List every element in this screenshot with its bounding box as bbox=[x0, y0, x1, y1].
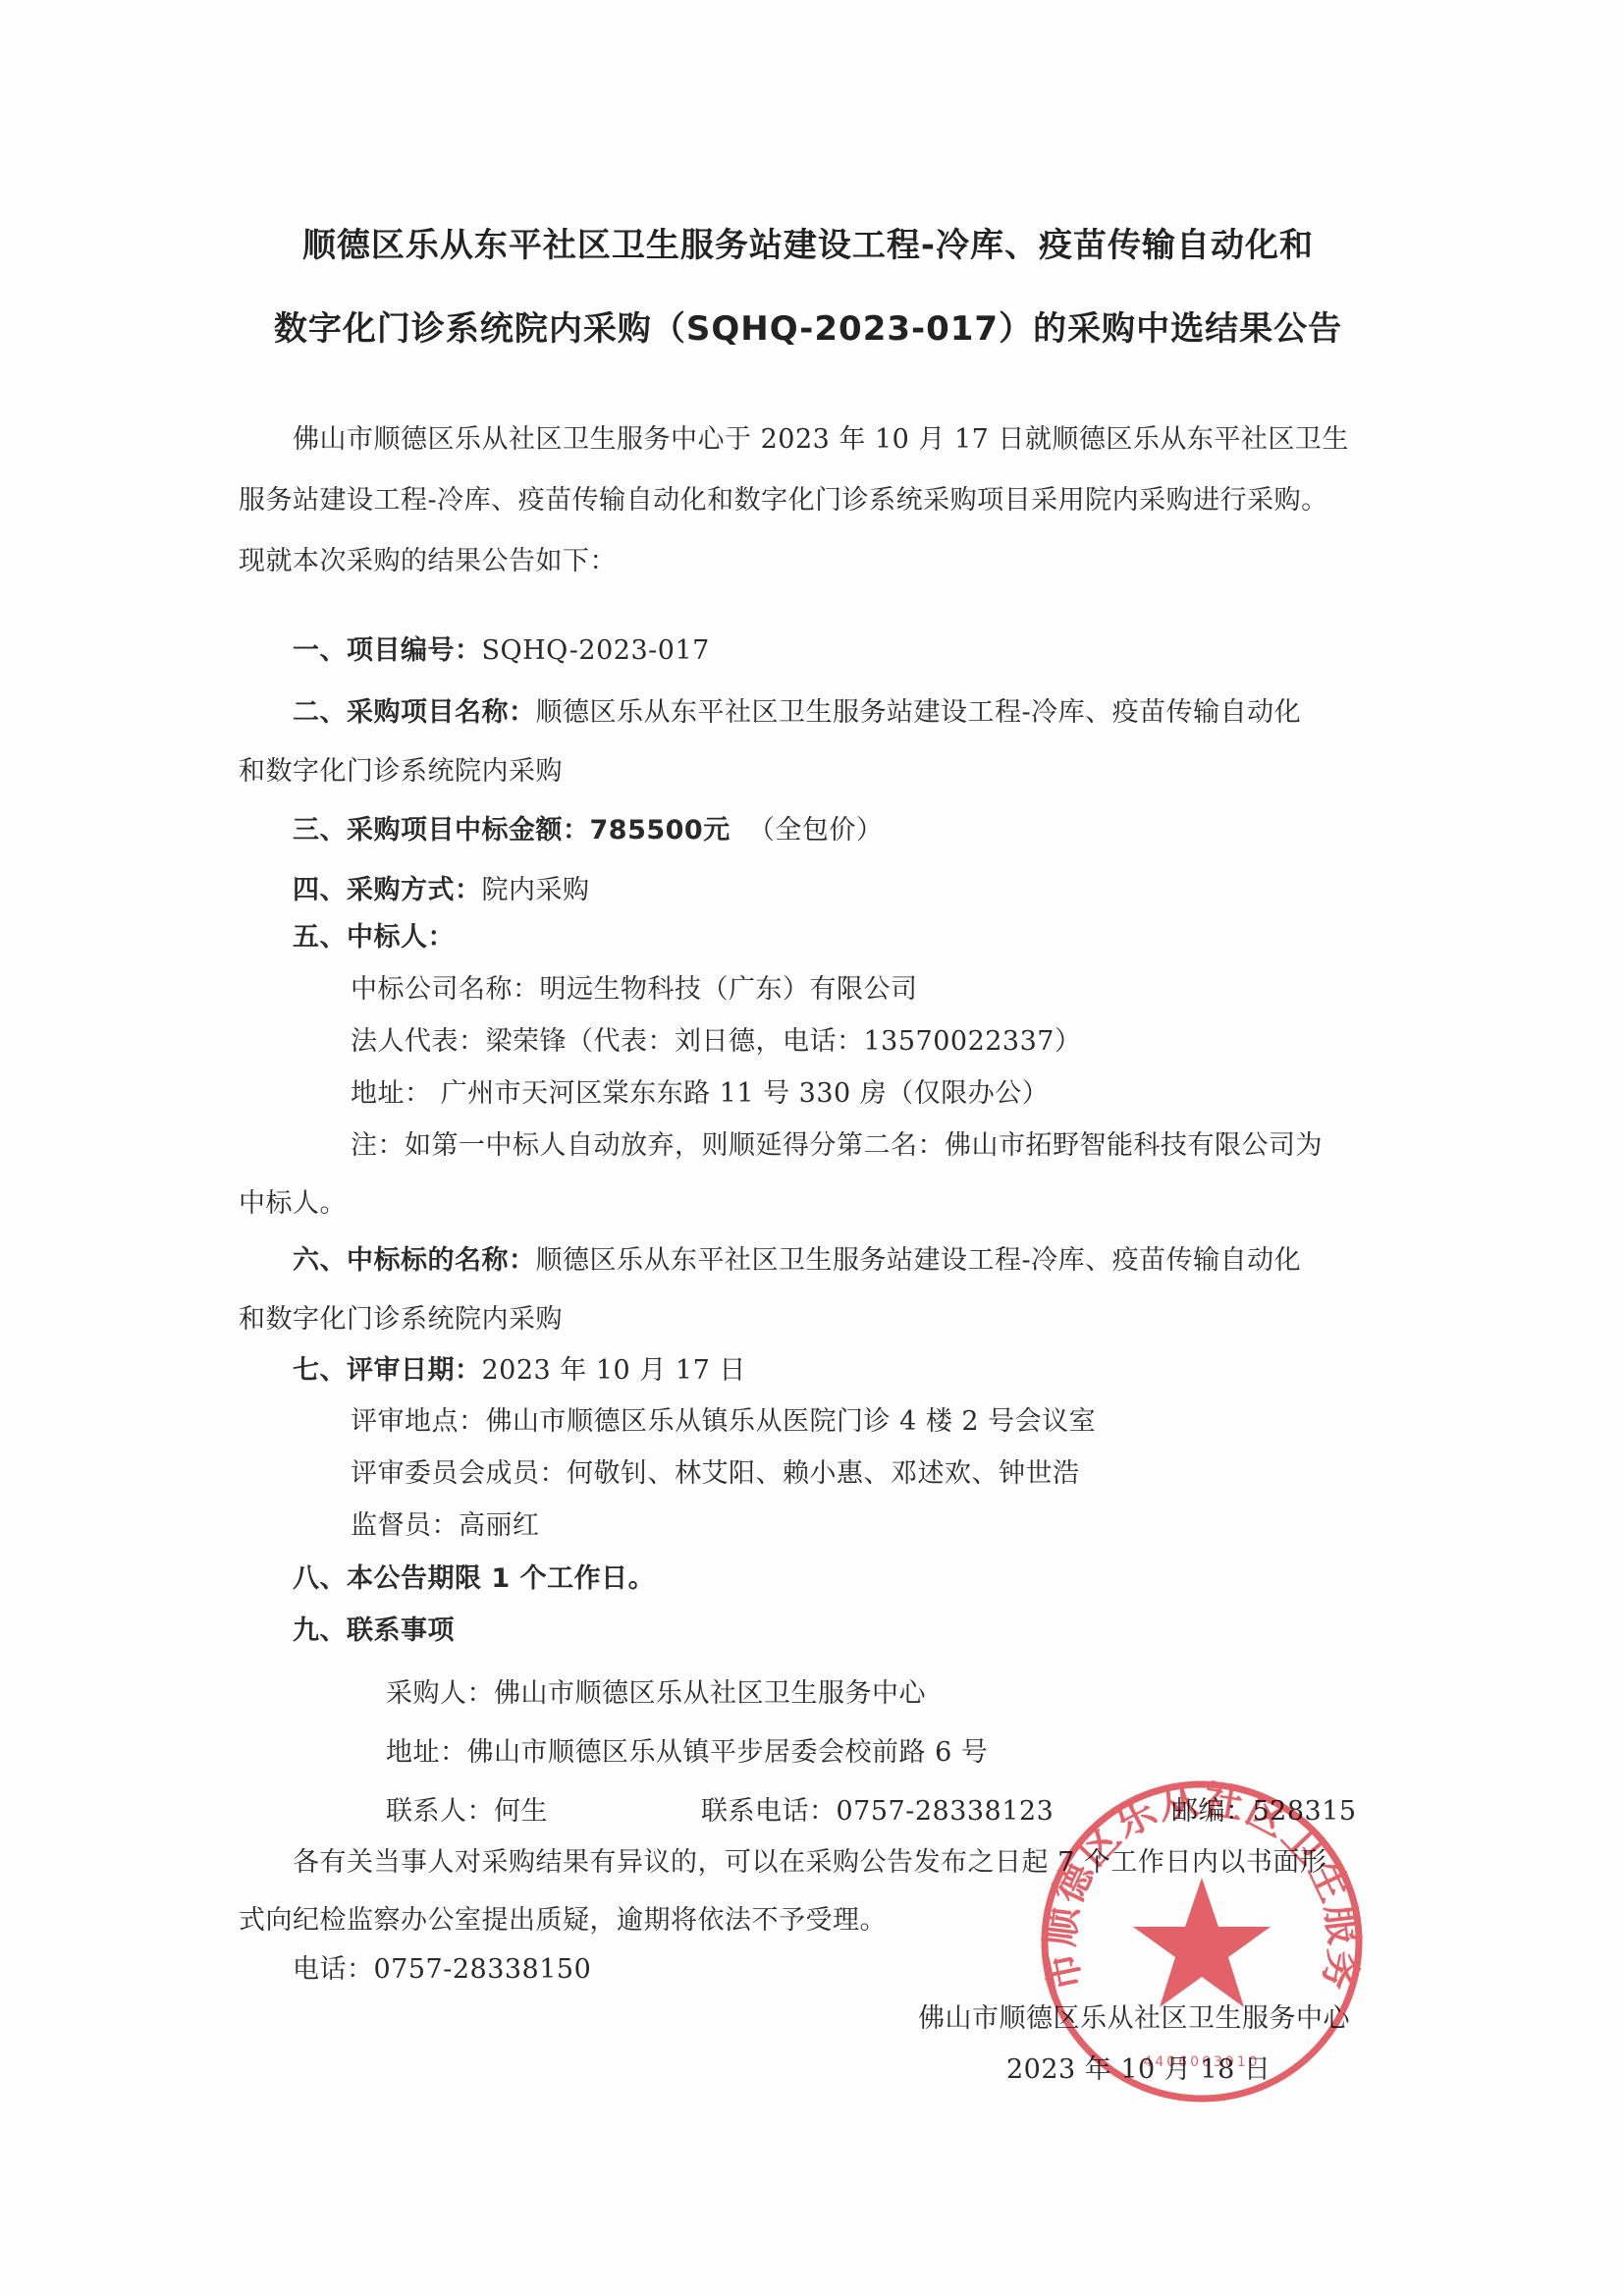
project-name-line2: 和数字化门诊系统院内采购 bbox=[239, 749, 563, 788]
section-label: 一、项目编号： bbox=[293, 635, 482, 666]
document-title-line1: 顺德区乐从东平社区卫生服务站建设工程-冷库、疫苗传输自动化和 bbox=[239, 218, 1378, 266]
document-title-line2: 数字化门诊系统院内采购（SQHQ-2023-017）的采购中选结果公告 bbox=[239, 301, 1378, 350]
section-review-date: 七、评审日期：2023 年 10 月 17 日 bbox=[293, 1348, 746, 1387]
section-label: 七、评审日期： bbox=[293, 1355, 482, 1386]
contact-person: 联系人：何生 bbox=[386, 1789, 548, 1828]
subject-name-line2: 和数字化门诊系统院内采购 bbox=[239, 1297, 563, 1336]
review-date: 2023 年 10 月 17 日 bbox=[482, 1355, 746, 1386]
procurement-method: 院内采购 bbox=[482, 875, 590, 905]
section-label: 六、中标标的名称： bbox=[293, 1245, 536, 1276]
section-label: 四、采购方式： bbox=[293, 875, 482, 905]
section-label: 三、采购项目中标金额： bbox=[293, 815, 590, 846]
section-bid-amount: 三、采购项目中标金额：785500元 （全包价） bbox=[293, 808, 883, 847]
contact-address: 地址：佛山市顺德区乐从镇平步居委会校前路 6 号 bbox=[386, 1730, 988, 1769]
svg-text:4406063010: 4406063010 bbox=[1143, 2054, 1260, 2070]
intro-line3: 现就本次采购的结果公告如下： bbox=[239, 539, 617, 577]
bid-amount: 785500元 bbox=[590, 815, 730, 846]
bid-amount-note: （全包价） bbox=[748, 815, 884, 846]
subject-name-line1: 顺德区乐从东平社区卫生服务站建设工程-冷库、疫苗传输自动化 bbox=[536, 1245, 1302, 1276]
review-committee: 评审委员会成员：何敬钊、林艾阳、赖小惠、邓述欢、钟世浩 bbox=[351, 1451, 1080, 1490]
section-label: 二、采购项目名称： bbox=[293, 697, 536, 728]
project-name-line1: 顺德区乐从东平社区卫生服务站建设工程-冷库、疫苗传输自动化 bbox=[536, 697, 1302, 728]
contact-purchaser: 采购人：佛山市顺德区乐从社区卫生服务中心 bbox=[386, 1671, 926, 1710]
section-procurement-method: 四、采购方式：院内采购 bbox=[293, 868, 590, 906]
section-project-name: 二、采购项目名称：顺德区乐从东平社区卫生服务站建设工程-冷库、疫苗传输自动化 bbox=[293, 690, 1301, 729]
objection-phone: 电话：0757-28338150 bbox=[293, 1947, 591, 1986]
objection-line2: 式向纪检监察办公室提出质疑，逾期将依法不予受理。 bbox=[239, 1898, 887, 1937]
project-number: SQHQ-2023-017 bbox=[482, 635, 710, 666]
section-notice-period: 八、本公告期限 1 个工作日。 bbox=[293, 1557, 655, 1595]
winner-company: 中标公司名称：明远生物科技（广东）有限公司 bbox=[351, 967, 918, 1006]
section-contact-label: 九、联系事项 bbox=[293, 1609, 455, 1647]
intro-line1: 佛山市顺德区乐从社区卫生服务中心于 2023 年 10 月 17 日就顺德区乐从… bbox=[293, 417, 1349, 456]
winner-address: 地址： 广州市天河区棠东东路 11 号 330 房（仅限办公） bbox=[351, 1071, 1049, 1110]
document-page: 顺德区乐从东平社区卫生服务站建设工程-冷库、疫苗传输自动化和 数字化门诊系统院内… bbox=[0, 0, 1623, 2296]
section-subject-name: 六、中标标的名称：顺德区乐从东平社区卫生服务站建设工程-冷库、疫苗传输自动化 bbox=[293, 1238, 1301, 1277]
winner-note-line2: 中标人。 bbox=[239, 1181, 347, 1220]
review-venue: 评审地点：佛山市顺德区乐从镇乐从医院门诊 4 楼 2 号会议室 bbox=[351, 1399, 1096, 1438]
review-supervisor: 监督员：高丽红 bbox=[351, 1503, 540, 1542]
winner-legal-rep: 法人代表：梁荣锋（代表：刘日德，电话：13570022337） bbox=[351, 1019, 1081, 1058]
section-project-number: 一、项目编号：SQHQ-2023-017 bbox=[293, 629, 710, 667]
winner-note-line1: 注：如第一中标人自动放弃，则顺延得分第二名：佛山市拓野智能科技有限公司为 bbox=[351, 1123, 1323, 1162]
contact-phone: 联系电话：0757-28338123 bbox=[701, 1789, 1054, 1828]
section-winner-label: 五、中标人： bbox=[293, 915, 455, 954]
intro-line2: 服务站建设工程-冷库、疫苗传输自动化和数字化门诊系统采购项目采用院内采购进行采购… bbox=[239, 478, 1328, 517]
official-seal-icon: 佛山市顺德区乐从社区卫生服务中心 4406063010 bbox=[1036, 1776, 1368, 2107]
